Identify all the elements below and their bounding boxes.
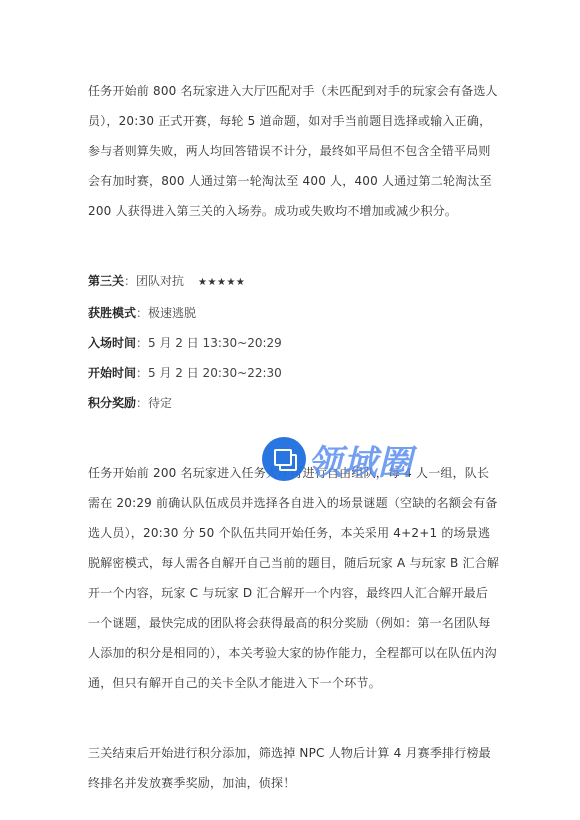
intro-paragraph: 任务开始前 800 名玩家进入大厅匹配对手（未匹配到对手的玩家会有备选人员），2… — [88, 76, 500, 226]
stage3-title-value: 团队对抗 — [136, 274, 184, 288]
closing-paragraph: 三关结束后开始进行积分添加，筛选掉 NPC 人物后计算 4 月赛季排行榜最终排名… — [88, 738, 500, 798]
reward-row: 积分奖励：待定 — [88, 388, 500, 418]
entry-time-row: 入场时间：5 月 2 日 13:30~20:29 — [88, 328, 500, 358]
document-page: 任务开始前 800 名玩家进入大厅匹配对手（未匹配到对手的玩家会有备选人员），2… — [88, 76, 500, 798]
separator: ： — [136, 306, 148, 320]
stage3-title-label: 第三关 — [88, 274, 124, 288]
separator: ： — [136, 396, 148, 410]
entry-time-label: 入场时间 — [88, 336, 136, 350]
spacer — [88, 698, 500, 738]
stage3-description: 任务开始前 200 名玩家进入任务大厅可进行自由组队，每 4 人一组，队长需在 … — [88, 458, 500, 698]
win-mode-label: 获胜模式 — [88, 306, 136, 320]
spacer — [88, 418, 500, 458]
win-mode-value: 极速逃脱 — [148, 306, 196, 320]
stage3-title-row: 第三关：团队对抗★★★★★ — [88, 266, 500, 298]
reward-value: 待定 — [148, 396, 172, 410]
start-time-label: 开始时间 — [88, 366, 136, 380]
separator: ： — [136, 336, 148, 350]
start-time-value: 5 月 2 日 20:30~22:30 — [148, 366, 282, 380]
difficulty-stars-icon: ★★★★★ — [198, 277, 245, 288]
separator: ： — [136, 366, 148, 380]
entry-time-value: 5 月 2 日 13:30~20:29 — [148, 336, 282, 350]
spacer — [88, 226, 500, 266]
separator: ： — [124, 274, 136, 288]
reward-label: 积分奖励 — [88, 396, 136, 410]
win-mode-row: 获胜模式：极速逃脱 — [88, 298, 500, 328]
start-time-row: 开始时间：5 月 2 日 20:30~22:30 — [88, 358, 500, 388]
